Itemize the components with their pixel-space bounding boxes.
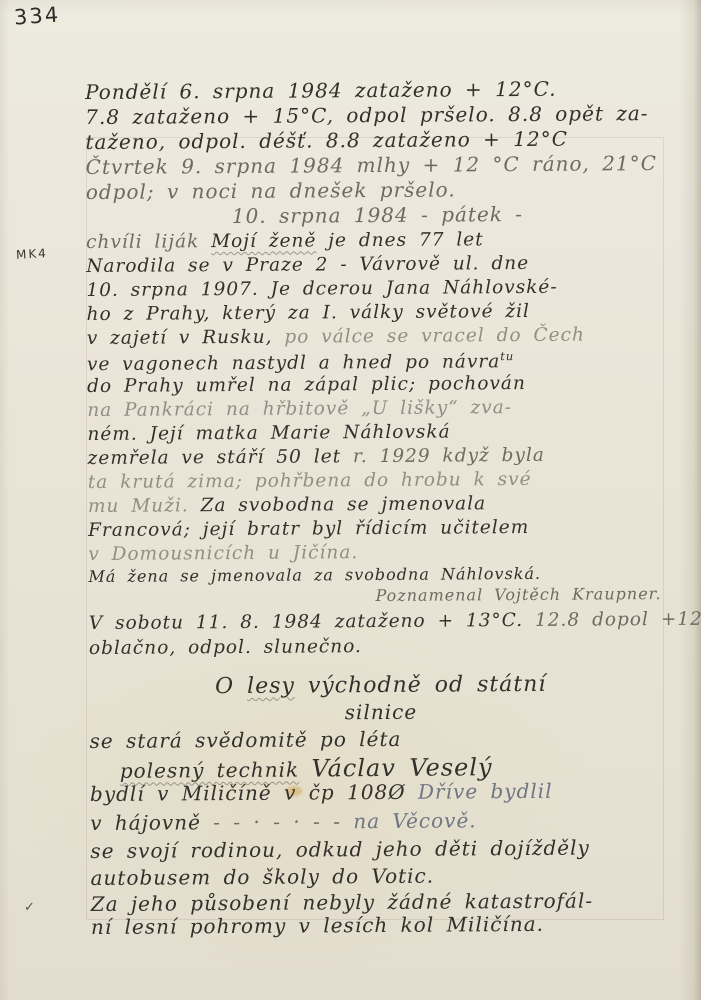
page-number: 334 [13,2,61,29]
text-segment: O [215,674,247,699]
text-segment: Francová; její bratr byl řídicím učitele… [88,517,529,541]
text-segment: bydlí v Miličíně v čp 108Ø [90,780,418,806]
text-segment: Poznamenal Vojtěch Kraupner. [375,584,661,605]
text-segment: je dnes 77 let [316,229,483,251]
text-segment: Pondělí 6. srpna 1984 zataženo + 12°C. [85,77,557,104]
text-segment: v hájovně [90,810,213,835]
text-segment: Narodila se v Praze 2 - Vávrově ul. dne [86,253,529,277]
text-segment: ní lesní pohromy v lesích kol Miličína. [91,912,544,939]
text-segment: 12.8 dopol +12°C [535,609,701,631]
text-segment: silnice [345,700,418,725]
text-segment: lesy [247,674,295,699]
text-segment: 10. srpna 1907. Je dcerou Jana Náhlovské… [86,277,557,301]
text-segment: tu [500,349,514,363]
text-segment: v Domousnicích u Jičína. [88,542,358,565]
manuscript-line: oblačno, odpol. slunečno. [89,635,672,664]
text-segment [199,231,211,252]
text-segment: v zajetí v Rusku, [87,327,285,349]
text-segment: - - · - · - - [213,809,353,834]
text-segment: autobusem do školy do Votic. [90,864,434,890]
text-segment: Mojí ženě [211,230,316,252]
text-segment: po válce se vracel do Čech [284,325,585,348]
text-segment: ho z Prahy, který za I. války světové ži… [87,301,530,325]
text-segment: V sobotu 11. 8. 1984 zataženo + 13°C. [89,610,535,634]
text-segment: oblačno, odpol. slunečno. [89,636,362,659]
manuscript-line: 10. srpna 1984 - pátek - [86,203,669,233]
text-segment: polesný technik [120,758,299,783]
text-segment: do Prahy umřel na zápal plic; pochován [87,373,526,397]
manuscript-line: ní lesní pohromy v lesích kol Miličína. [91,913,674,940]
text-segment: Za svobodna se jmenovala [201,493,487,516]
text-segment: Čtvrtek 9. srpna 1984 mlhy + 12 °C ráno,… [86,151,658,179]
text-segment: r. 1929 když byla [353,445,545,467]
text-segment: 10. srpna 1984 - pátek - [232,202,523,228]
manuscript-text: Pondělí 6. srpna 1984 zataženo + 12°C.7.… [85,78,674,940]
text-segment [299,757,312,781]
text-segment: mu Muži. [88,495,201,517]
text-segment: taženo, odpol. déšť. 8.8 zataženo + 12°C [85,127,568,154]
manuscript-line: Poznamenal Vojtěch Kraupner. [89,585,672,609]
text-segment: Má žena se jmenovala za svobodna Náhlovs… [88,564,541,586]
text-segment: ve vagonech nastydl a hned po návra [87,351,500,375]
text-segment: se stará svědomitě po léta [90,727,402,753]
text-segment: se svojí rodinou, odkud jeho děti dojížd… [90,836,590,863]
text-segment: chvíli liják [86,231,199,253]
text-segment: na Pankráci na hřbitově „U lišky“ zva- [87,397,512,421]
text-segment: ném. Její matka Marie Náhlovská [87,422,450,446]
text-segment: 7.8 zataženo + 15°C, odpol pršelo. 8.8 o… [85,101,648,129]
text-segment: Václav Veselý [311,753,492,782]
text-segment: ta krutá zima; pohřbena do hrobu k své [88,469,532,493]
text-segment: východně od státní [295,672,547,699]
text-segment: zemřela ve stáří 50 let [88,446,353,469]
text-segment: odpol; v noci na dnešek pršelo. [86,177,456,204]
margin-note: MK4 [16,246,49,262]
text-segment: na Věcově. [353,808,477,833]
scanned-journal-page: { "page": { "number": "334", "margin_not… [0,0,701,1000]
text-segment: Dříve bydlil [418,779,553,804]
check-mark: ✓ [24,900,35,915]
